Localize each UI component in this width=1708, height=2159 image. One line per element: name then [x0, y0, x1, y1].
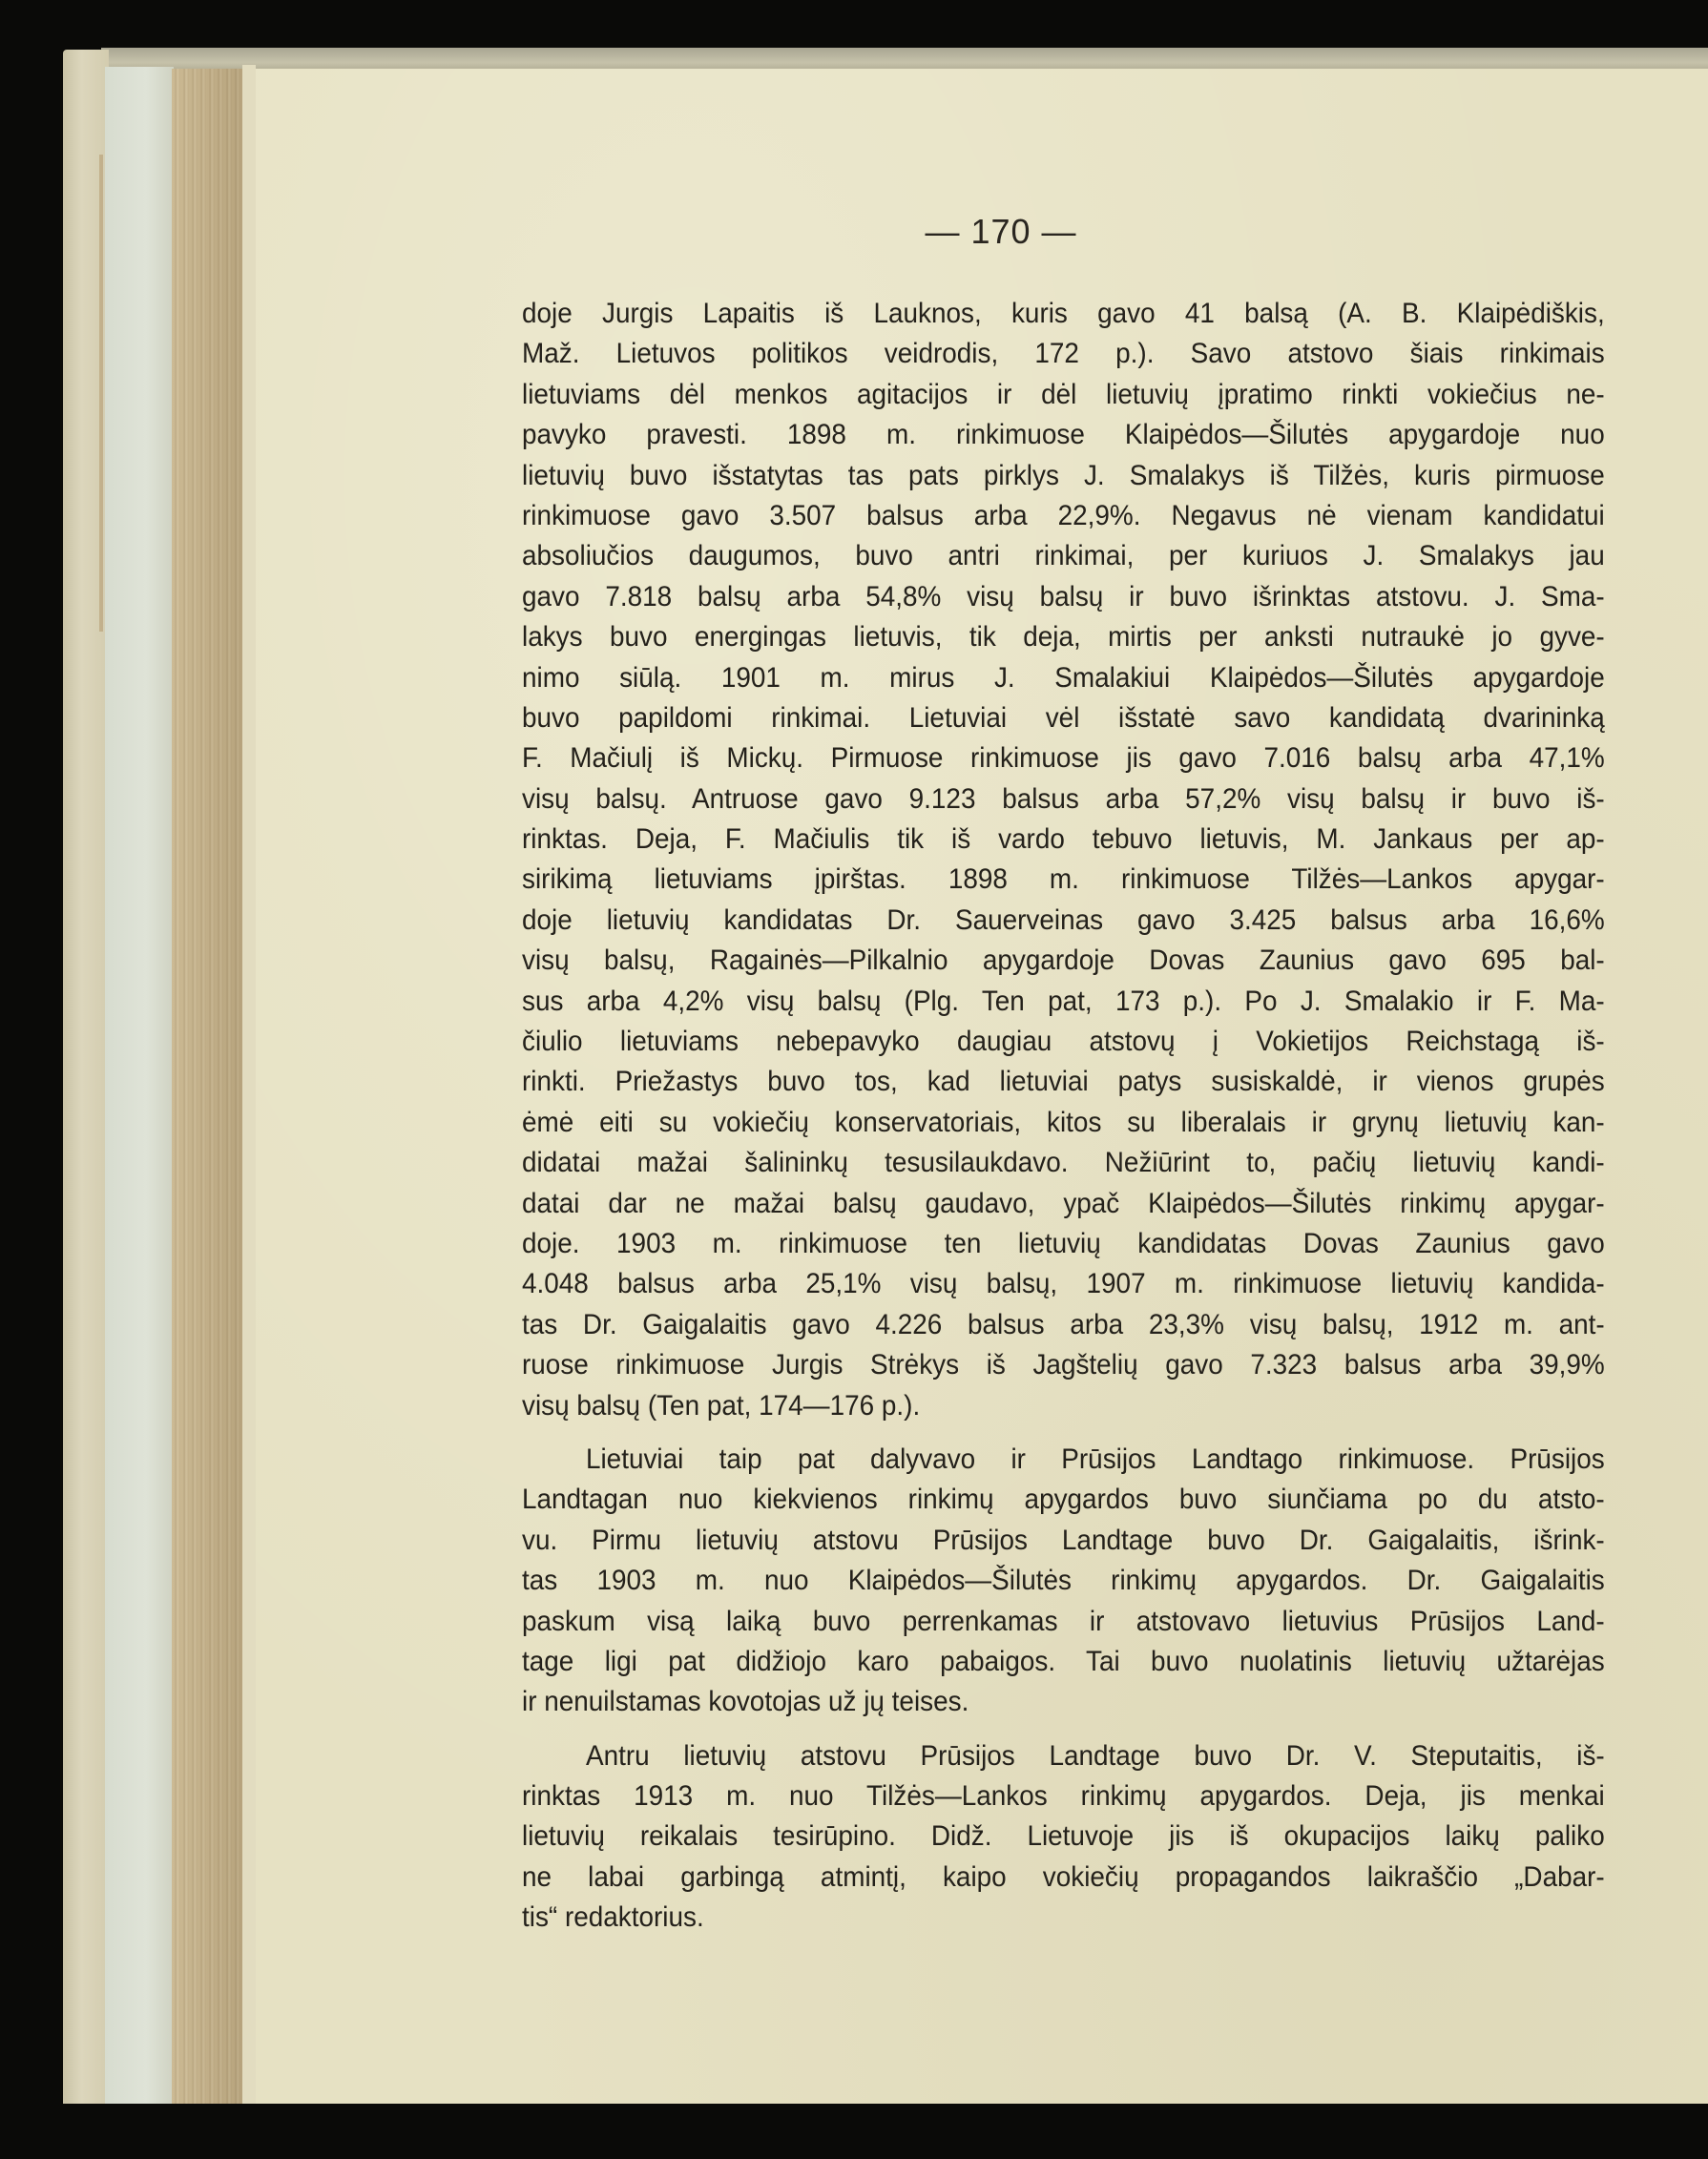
text-line: gavo 7.818 balsų arba 54,8% visų balsų i… — [522, 577, 1605, 617]
text-line: Landtagan nuo kiekvienos rinkimų apygard… — [522, 1480, 1605, 1520]
cloth-cover-edge — [63, 50, 109, 2104]
text-line: F. Mačiulį iš Mickų. Pirmuose rinkimuose… — [522, 738, 1605, 778]
text-line: Maž. Lietuvos politikos veidrodis, 172 p… — [522, 334, 1605, 374]
text-line: lietuviams dėl menkos agitacijos ir dėl … — [522, 375, 1605, 415]
paragraph: Lietuviai taip pat dalyvavo ir Prūsijos … — [522, 1440, 1605, 1723]
text-line: doje lietuvių kandidatas Dr. Sauerveinas… — [522, 901, 1605, 941]
text-line: visų balsų (Ten pat, 174—176 p.). — [522, 1386, 1605, 1426]
text-line: visų balsų. Antruose gavo 9.123 balsus a… — [522, 779, 1605, 820]
text-line: pavyko pravesti. 1898 m. rinkimuose Klai… — [522, 415, 1605, 455]
text-line: datai dar ne mažai balsų gaudavo, ypač K… — [522, 1184, 1605, 1224]
text-line: rinkimuose gavo 3.507 balsus arba 22,9%.… — [522, 496, 1605, 536]
text-line: buvo papildomi rinkimai. Lietuviai vėl i… — [522, 698, 1605, 738]
book-page: — 170 — doje Jurgis Lapaitis iš Lauknos,… — [256, 69, 1708, 2104]
paragraph-gap — [522, 1723, 1605, 1736]
text-line: čiulio lietuviams nebepavyko daugiau ats… — [522, 1022, 1605, 1062]
text-line: lakys buvo energingas lietuvis, tik deja… — [522, 617, 1605, 657]
text-line: tis“ redaktorius. — [522, 1898, 1605, 1938]
text-line: didatai mažai šalininkų tesusilaukdavo. … — [522, 1143, 1605, 1183]
book-top-edge — [101, 48, 1708, 69]
text-line: ir nenuilstamas kovotojas už jų teises. — [522, 1682, 1605, 1722]
text-line: Lietuviai taip pat dalyvavo ir Prūsijos … — [522, 1440, 1605, 1480]
page-edge-stack — [172, 69, 242, 2104]
text-line: sirikimą lietuviams įpirštas. 1898 m. ri… — [522, 860, 1605, 900]
text-line: tage ligi pat didžiojo karo pabaigos. Ta… — [522, 1642, 1605, 1682]
text-line: rinktas 1913 m. nuo Tilžės—Lankos rinkim… — [522, 1776, 1605, 1816]
text-line: lietuvių buvo išstatytas tas pats pirkly… — [522, 456, 1605, 496]
text-line: ėmė eiti su vokiečių konservatoriais, ki… — [522, 1103, 1605, 1143]
text-line: sus arba 4,2% visų balsų (Plg. Ten pat, … — [522, 982, 1605, 1022]
text-line: 4.048 balsus arba 25,1% visų balsų, 1907… — [522, 1264, 1605, 1304]
text-line: rinkti. Priežastys buvo tos, kad lietuvi… — [522, 1062, 1605, 1102]
paragraph: doje Jurgis Lapaitis iš Lauknos, kuris g… — [522, 294, 1605, 1426]
page-number: — 170 — — [256, 212, 1708, 252]
text-line: rinktas. Deja, F. Mačiulis tik iš vardo … — [522, 820, 1605, 860]
text-line: tas 1903 m. nuo Klaipėdos—Šilutės rinkim… — [522, 1561, 1605, 1601]
text-line: nimo siūlą. 1901 m. mirus J. Smalakiui K… — [522, 658, 1605, 698]
text-line: vu. Pirmu lietuvių atstovu Prūsijos Land… — [522, 1521, 1605, 1561]
body-text: doje Jurgis Lapaitis iš Lauknos, kuris g… — [522, 294, 1605, 1939]
paragraph: Antru lietuvių atstovu Prūsijos Landtage… — [522, 1736, 1605, 1939]
text-line: absoliučios daugumos, buvo antri rinkima… — [522, 536, 1605, 576]
text-line: Antru lietuvių atstovu Prūsijos Landtage… — [522, 1736, 1605, 1776]
text-line: ruose rinkimuose Jurgis Strėkys iš Jagšt… — [522, 1345, 1605, 1385]
text-line: doje Jurgis Lapaitis iš Lauknos, kuris g… — [522, 294, 1605, 334]
scanned-book: — 170 — doje Jurgis Lapaitis iš Lauknos,… — [63, 48, 1708, 2104]
cover-stain — [99, 155, 103, 632]
paragraph-gap — [522, 1426, 1605, 1440]
text-line: doje. 1903 m. rinkimuose ten lietuvių ka… — [522, 1224, 1605, 1264]
text-line: paskum visą laiką buvo perrenkamas ir at… — [522, 1602, 1605, 1642]
text-line: ne labai garbingą atmintį, kaipo vokieči… — [522, 1858, 1605, 1898]
text-line: tas Dr. Gaigalaitis gavo 4.226 balsus ar… — [522, 1305, 1605, 1345]
text-line: lietuvių reikalais tesirūpino. Didž. Lie… — [522, 1816, 1605, 1857]
text-line: visų balsų, Ragainės—Pilkalnio apygardoj… — [522, 941, 1605, 981]
endpaper-strip — [105, 67, 174, 2104]
gutter-strip — [242, 65, 256, 2104]
